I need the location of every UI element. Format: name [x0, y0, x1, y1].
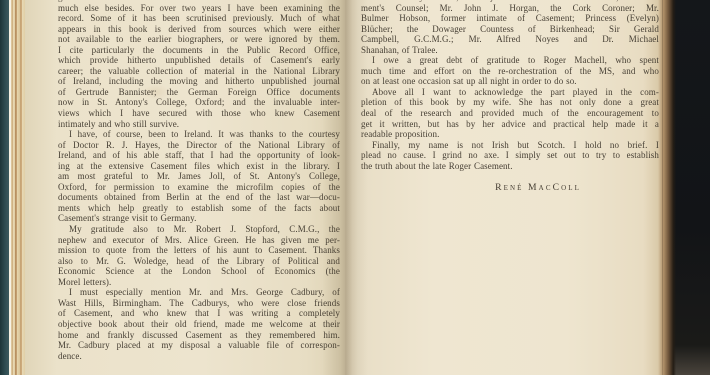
text-line: views which I have secured with those wh… [58, 108, 340, 119]
text-line: Shanahan, of Tralee. [361, 45, 659, 56]
text-line: appears in this book is derived from sou… [58, 24, 340, 35]
text-line: deal of the research and provided much o… [361, 108, 659, 119]
text-line: Finally, my name is not Irish but Scotch… [361, 140, 659, 151]
text-line: pletion of this book by my wife. She has… [361, 97, 659, 108]
book-spread: gave me a considerable fund of material.… [0, 0, 710, 375]
text-line: Casement's strange visit to Germany. [58, 213, 340, 224]
text-line: home and frankly discussed Casement as t… [58, 330, 340, 341]
text-line: not available to the earlier biographers… [58, 34, 340, 45]
text-line: Wast Hills, Birmingham. The Cadburys, wh… [58, 298, 340, 309]
text-line: Campbell, G.C.M.G.; Mr. Alfred Noyes and… [361, 34, 659, 45]
right-page: the Attorney-General; Serjeant A. M. Sul… [345, 0, 662, 375]
text-line: readable proposition. [361, 129, 659, 140]
author-signature: René MacColl [345, 182, 643, 193]
text-line: much else besides. For over two years I … [58, 3, 340, 14]
text-line: which provide hitherto unpublished detai… [58, 55, 340, 66]
text-line: ing at the extensive Casement files whic… [58, 161, 340, 172]
page-fore-edges [9, 0, 26, 375]
book-cover-edge [0, 0, 9, 375]
text-line: Oxford, for permission to examine the mi… [58, 182, 340, 193]
text-line: am most grateful to Mr. James Joll, of S… [58, 171, 340, 182]
text-line: I must especially mention Mr. and Mrs. G… [58, 287, 340, 298]
text-line: plead no cause. I grind no axe. I simply… [361, 150, 659, 161]
text-line: now in St. Antony's College, Oxford; and… [58, 97, 340, 108]
text-line: Bulmer Hobson, former intimate of Caseme… [361, 13, 659, 24]
right-page-text: the Attorney-General; Serjeant A. M. Sul… [361, 0, 659, 171]
text-line: nephew and executor of Mrs. Alice Green.… [58, 235, 340, 246]
text-line: ment's Counsel; Mr. John J. Horgan, the … [361, 3, 659, 14]
text-line: Above all I want to acknowledge the part… [361, 87, 659, 98]
text-line: the truth about the late Roger Casement. [361, 161, 659, 172]
text-line: of Gertrude Bannister; the German Foreig… [58, 87, 340, 98]
text-line: gave me a considerable fund of material.… [58, 0, 340, 3]
text-line: of Ireland, including the moving and hit… [58, 76, 340, 87]
text-line: Mr. Cadbury placed at my disposal a valu… [58, 340, 340, 351]
text-line: also to Mr. G. Woledge, head of the Libr… [58, 256, 340, 267]
text-line: ments which help greatly to establish so… [58, 203, 340, 214]
text-line: on at least one occasion sat up all nigh… [361, 76, 659, 87]
text-line: of Doctor R. J. Hayes, the Director of t… [58, 140, 340, 151]
text-line: Economic Science at the London School of… [58, 266, 340, 277]
text-line: dence. [58, 351, 340, 362]
text-line: I cite particularly the documents in the… [58, 45, 340, 56]
left-page-text: gave me a considerable fund of material.… [58, 0, 340, 361]
text-line: mission to quote from the letters of his… [58, 245, 340, 256]
text-line: Blücher; the Dowager Countess of Birkenh… [361, 24, 659, 35]
text-line: Morel letters). [58, 277, 340, 288]
text-line: Ireland, and of his able staff, that I h… [58, 150, 340, 161]
text-line: career; the valuable collection of mater… [58, 66, 340, 77]
text-line: documents obtained from Berlin at the en… [58, 192, 340, 203]
text-line: get it written, but has by her advice an… [361, 119, 659, 130]
text-line: I owe a great debt of gratitude to Roger… [361, 55, 659, 66]
text-line: objective book about their old friend, m… [58, 319, 340, 330]
text-line: of Casement, and who knew that I was wri… [58, 308, 340, 319]
text-line: the Attorney-General; Serjeant A. M. Sul… [361, 0, 659, 3]
left-page: gave me a considerable fund of material.… [25, 0, 345, 375]
text-line: My gratitude also to Mr. Robert J. Stopf… [58, 224, 340, 235]
text-line: I have, of course, been to Ireland. It w… [58, 129, 340, 140]
right-page-edge [658, 0, 676, 375]
text-line: record. Some of it has been scrutinised … [58, 13, 340, 24]
text-line: much time and effort on the re-orchestra… [361, 66, 659, 77]
text-line: intimately and who still survive. [58, 119, 340, 130]
